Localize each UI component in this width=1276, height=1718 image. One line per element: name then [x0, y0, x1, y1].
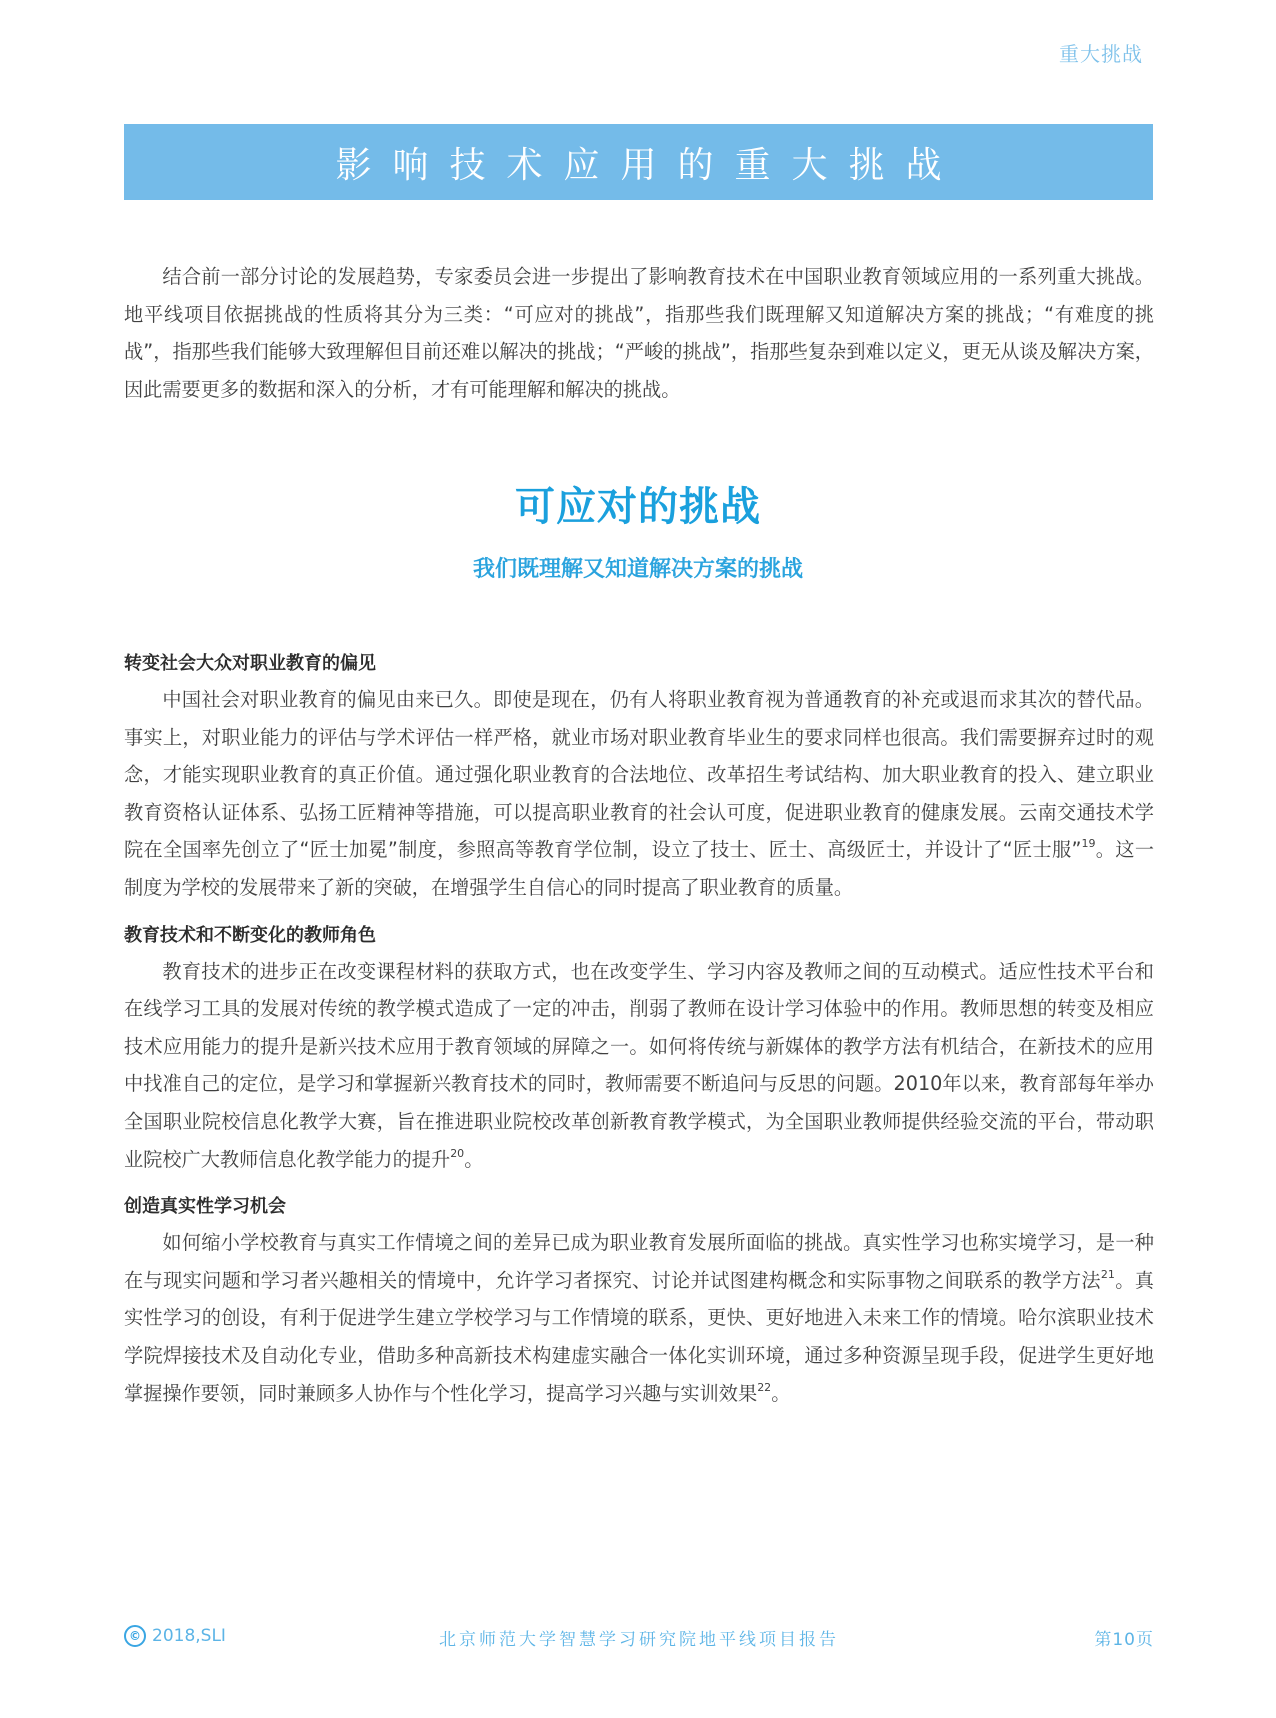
challenge-item: 教育技术和不断变化的教师角色 教育技术的进步正在改变课程材料的获取方式，也在改变… [124, 923, 1154, 1179]
paragraph-text: 。 [771, 1382, 790, 1405]
intro-section: 结合前一部分讨论的发展趋势，专家委员会进一步提出了影响教育技术在中国职业教育领域… [124, 258, 1154, 408]
footnote-ref[interactable]: 21 [1101, 1268, 1115, 1281]
paragraph-text: 中国社会对职业教育的偏见由来已久。即使是现在，仍有人将职业教育视为普通教育的补充… [124, 688, 1154, 861]
challenge-paragraph: 中国社会对职业教育的偏见由来已久。即使是现在，仍有人将职业教育视为普通教育的补充… [124, 681, 1154, 907]
challenge-item: 创造真实性学习机会 如何缩小学校教育与真实工作情境之间的差异已成为职业教育发展所… [124, 1194, 1154, 1412]
page-footer: © 2018,SLI 北京师范大学智慧学习研究院地平线项目报告 第10页 [124, 1625, 1154, 1655]
paragraph-text: 。 [464, 1148, 483, 1171]
challenge-heading: 创造真实性学习机会 [124, 1194, 1154, 1220]
paragraph-text: 如何缩小学校教育与真实工作情境之间的差异已成为职业教育发展所面临的挑战。真实性学… [124, 1231, 1154, 1292]
report-name: 北京师范大学智慧学习研究院地平线项目报告 [124, 1625, 1154, 1650]
running-header-title: 重大挑战 [1059, 38, 1143, 67]
section-title: 可应对的挑战 [0, 475, 1276, 532]
challenge-paragraph: 如何缩小学校教育与真实工作情境之间的差异已成为职业教育发展所面临的挑战。真实性学… [124, 1224, 1154, 1412]
challenge-list: 转变社会大众对职业教育的偏见 中国社会对职业教育的偏见由来已久。即使是现在，仍有… [124, 651, 1154, 1418]
footnote-ref[interactable]: 22 [757, 1381, 771, 1394]
chapter-banner: 影响技术应用的重大挑战 [124, 124, 1153, 200]
challenge-heading: 转变社会大众对职业教育的偏见 [124, 651, 1154, 677]
paragraph-text: 教育技术的进步正在改变课程材料的获取方式，也在改变学生、学习内容及教师之间的互动… [124, 960, 1154, 1171]
challenge-paragraph: 教育技术的进步正在改变课程材料的获取方式，也在改变学生、学习内容及教师之间的互动… [124, 953, 1154, 1179]
page-number: 第10页 [1094, 1625, 1154, 1650]
footnote-ref[interactable]: 19 [1081, 837, 1095, 850]
chapter-title: 影响技术应用的重大挑战 [314, 137, 962, 188]
challenge-heading: 教育技术和不断变化的教师角色 [124, 923, 1154, 949]
intro-paragraph: 结合前一部分讨论的发展趋势，专家委员会进一步提出了影响教育技术在中国职业教育领域… [124, 258, 1154, 408]
challenge-item: 转变社会大众对职业教育的偏见 中国社会对职业教育的偏见由来已久。即使是现在，仍有… [124, 651, 1154, 907]
section-subtitle: 我们既理解又知道解决方案的挑战 [0, 552, 1276, 583]
footnote-ref[interactable]: 20 [450, 1147, 464, 1160]
